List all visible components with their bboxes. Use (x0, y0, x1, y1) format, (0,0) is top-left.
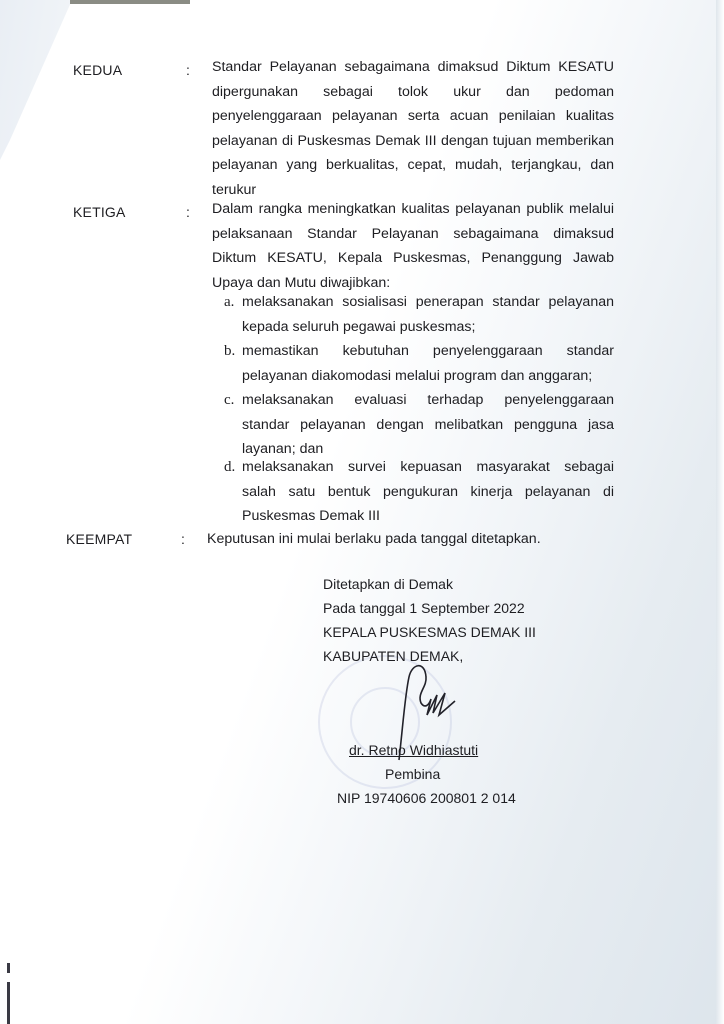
signature-title: KEPALA PUSKESMAS DEMAK III (323, 620, 536, 644)
page-right-edge (716, 0, 724, 1024)
ketiga-paragraph: Dalam rangka meningkatkan kualitas pelay… (212, 197, 614, 295)
signature-place: Ditetapkan di Demak (323, 572, 453, 596)
signature-date: Pada tanggal 1 September 2022 (323, 596, 525, 620)
list-letter: c. (224, 388, 234, 413)
keempat-text: Keputusan ini mulai berlaku pada tanggal… (207, 527, 541, 551)
text-line: kepada seluruh pegawai puskesmas; (242, 315, 614, 340)
text-line: Standar Pelayanan sebagaimana dimaksud D… (212, 55, 614, 80)
kedua-paragraph: Standar Pelayanan sebagaimana dimaksud D… (212, 55, 614, 202)
text-line: dipergunakan sebagai tolok ukur dan pedo… (212, 80, 614, 105)
page-fold-shadow (0, 0, 80, 1024)
scan-edge (70, 0, 190, 4)
text-line: Puskesmas Demak III (242, 504, 614, 529)
list-letter: d. (224, 455, 235, 480)
text-line: pelayanan diakomodasi melalui program da… (242, 364, 614, 389)
text-line: Dalam rangka meningkatkan kualitas pelay… (212, 197, 614, 222)
text-line: penyelenggaraan pelayanan serta acuan pe… (212, 104, 614, 129)
text-line: melaksanakan evaluasi terhadap penyeleng… (242, 388, 614, 413)
list-letter: b. (224, 339, 235, 364)
text-line: Diktum KESATU, Kepala Puskesmas, Penangg… (212, 246, 614, 271)
signature-region: KABUPATEN DEMAK, (323, 644, 463, 668)
section-label-keempat: KEEMPAT (66, 531, 132, 547)
scan-mark (7, 982, 10, 1024)
text-line: memastikan kebutuhan penyelenggaraan sta… (242, 339, 614, 364)
colon: : (186, 204, 190, 220)
colon: : (186, 62, 190, 78)
text-line: pelayanan yang berkualitas, cepat, mudah… (212, 153, 614, 178)
text-line: salah satu bentuk pengukuran kinerja pel… (242, 480, 614, 505)
text-line: pelaksanaan Standar Pelayanan sebagaiman… (212, 222, 614, 247)
colon: : (181, 531, 185, 547)
text-line: melaksanakan survei kepuasan masyarakat … (242, 455, 614, 480)
section-label-kedua: KEDUA (73, 62, 122, 78)
signatory-nip: NIP 19740606 200801 2 014 (337, 786, 516, 810)
text-line: pelayanan di Puskesmas Demak III dengan … (212, 129, 614, 154)
signatory-name: dr. Retno Widhiastuti (349, 738, 478, 762)
text-line: melaksanakan sosialisasi penerapan stand… (242, 290, 614, 315)
text-line: standar pelayanan dengan melibatkan peng… (242, 413, 614, 438)
section-label-ketiga: KETIGA (73, 204, 126, 220)
list-letter: a. (224, 290, 234, 315)
signatory-rank: Pembina (385, 762, 440, 786)
scan-mark (7, 963, 10, 973)
